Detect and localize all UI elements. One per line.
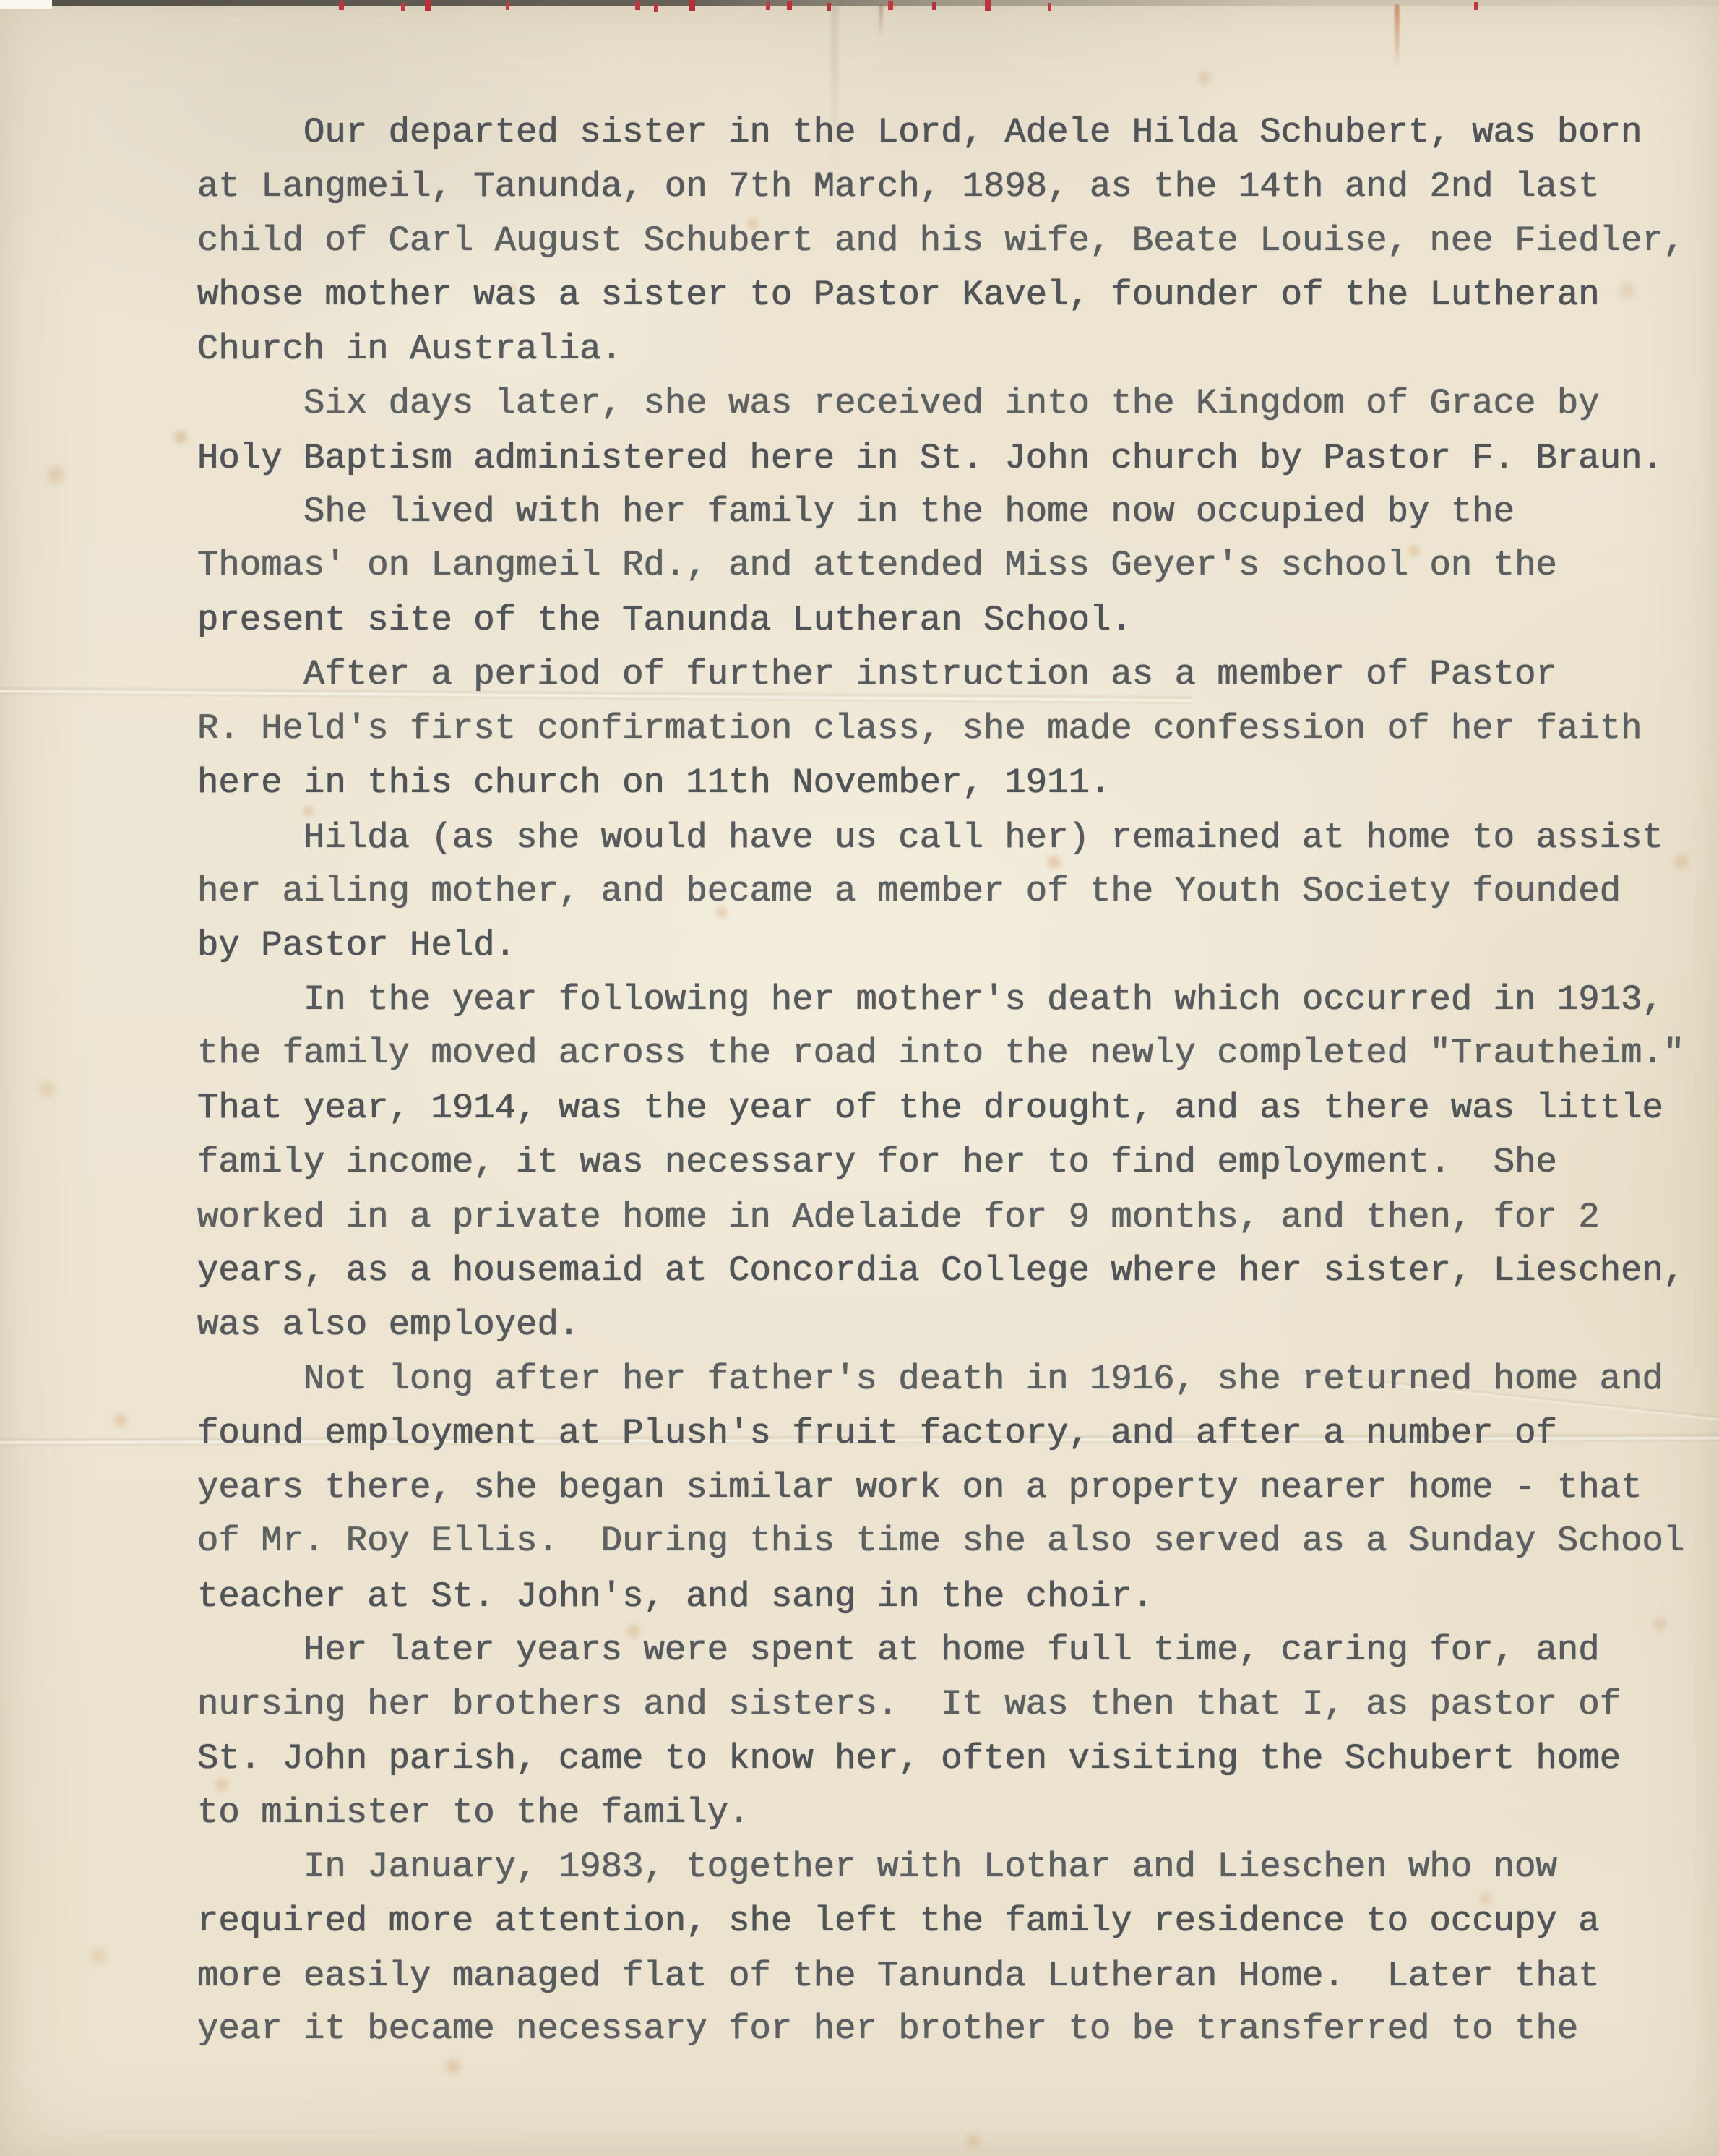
text-line: Her later years were spent at home full …	[197, 1623, 1719, 1678]
stain-streak	[1395, 4, 1400, 68]
text-line: Hilda (as she would have us call her) re…	[197, 811, 1719, 865]
typewritten-text: Our departed sister in the Lord, Adele H…	[197, 106, 1719, 2057]
text-line: family income, it was necessary for her …	[197, 1135, 1719, 1190]
text-line: years there, she began similar work on a…	[197, 1461, 1719, 1515]
text-line: was also employed.	[197, 1298, 1719, 1352]
text-line: St. John parish, came to know her, often…	[197, 1732, 1719, 1786]
text-line: teacher at St. John's, and sang in the c…	[197, 1570, 1719, 1624]
scanned-page: Our departed sister in the Lord, Adele H…	[0, 0, 1719, 2156]
text-line: nursing her brothers and sisters. It was…	[197, 1678, 1719, 1732]
text-line: Holy Baptism administered here in St. Jo…	[197, 431, 1719, 486]
text-line: worked in a private home in Adelaide for…	[197, 1190, 1719, 1245]
text-line: That year, 1914, was the year of the dro…	[197, 1081, 1719, 1135]
text-line: child of Carl August Schubert and his wi…	[197, 214, 1719, 268]
text-line: R. Held's first confirmation class, she …	[197, 702, 1719, 756]
text-line: year it became necessary for her brother…	[197, 2002, 1719, 2056]
text-line: Thomas' on Langmeil Rd., and attended Mi…	[197, 538, 1719, 593]
stain-streak	[879, 4, 883, 38]
scan-edge-artifact	[0, 0, 1719, 6]
text-line: the family moved across the road into th…	[197, 1026, 1719, 1081]
foxing-spots	[0, 0, 10, 10]
text-line: Our departed sister in the Lord, Adele H…	[197, 106, 1719, 160]
text-line: to minister to the family.	[197, 1786, 1719, 1840]
text-line: found employment at Plush's fruit factor…	[197, 1406, 1719, 1461]
text-line: of Mr. Roy Ellis. During this time she a…	[197, 1514, 1719, 1568]
text-line: whose mother was a sister to Pastor Kave…	[197, 268, 1719, 322]
text-line: Church in Australia.	[197, 322, 1719, 377]
text-line: required more attention, she left the fa…	[197, 1894, 1719, 1949]
text-line: Six days later, she was received into th…	[197, 377, 1719, 431]
text-line: present site of the Tanunda Lutheran Sch…	[197, 593, 1719, 648]
text-line: at Langmeil, Tanunda, on 7th March, 1898…	[197, 160, 1719, 214]
text-line: In January, 1983, together with Lothar a…	[197, 1840, 1719, 1894]
text-line: Not long after her father's death in 191…	[197, 1352, 1719, 1406]
text-line: She lived with her family in the home no…	[197, 485, 1719, 539]
text-line: more easily managed flat of the Tanunda …	[197, 1949, 1719, 2003]
text-line: her ailing mother, and became a member o…	[197, 864, 1719, 919]
text-line: After a period of further instruction as…	[197, 648, 1719, 702]
text-line: years, as a housemaid at Concordia Colle…	[197, 1244, 1719, 1298]
text-line: by Pastor Held.	[197, 919, 1719, 973]
text-line: here in this church on 11th November, 19…	[197, 756, 1719, 810]
text-line: In the year following her mother's death…	[197, 973, 1719, 1027]
